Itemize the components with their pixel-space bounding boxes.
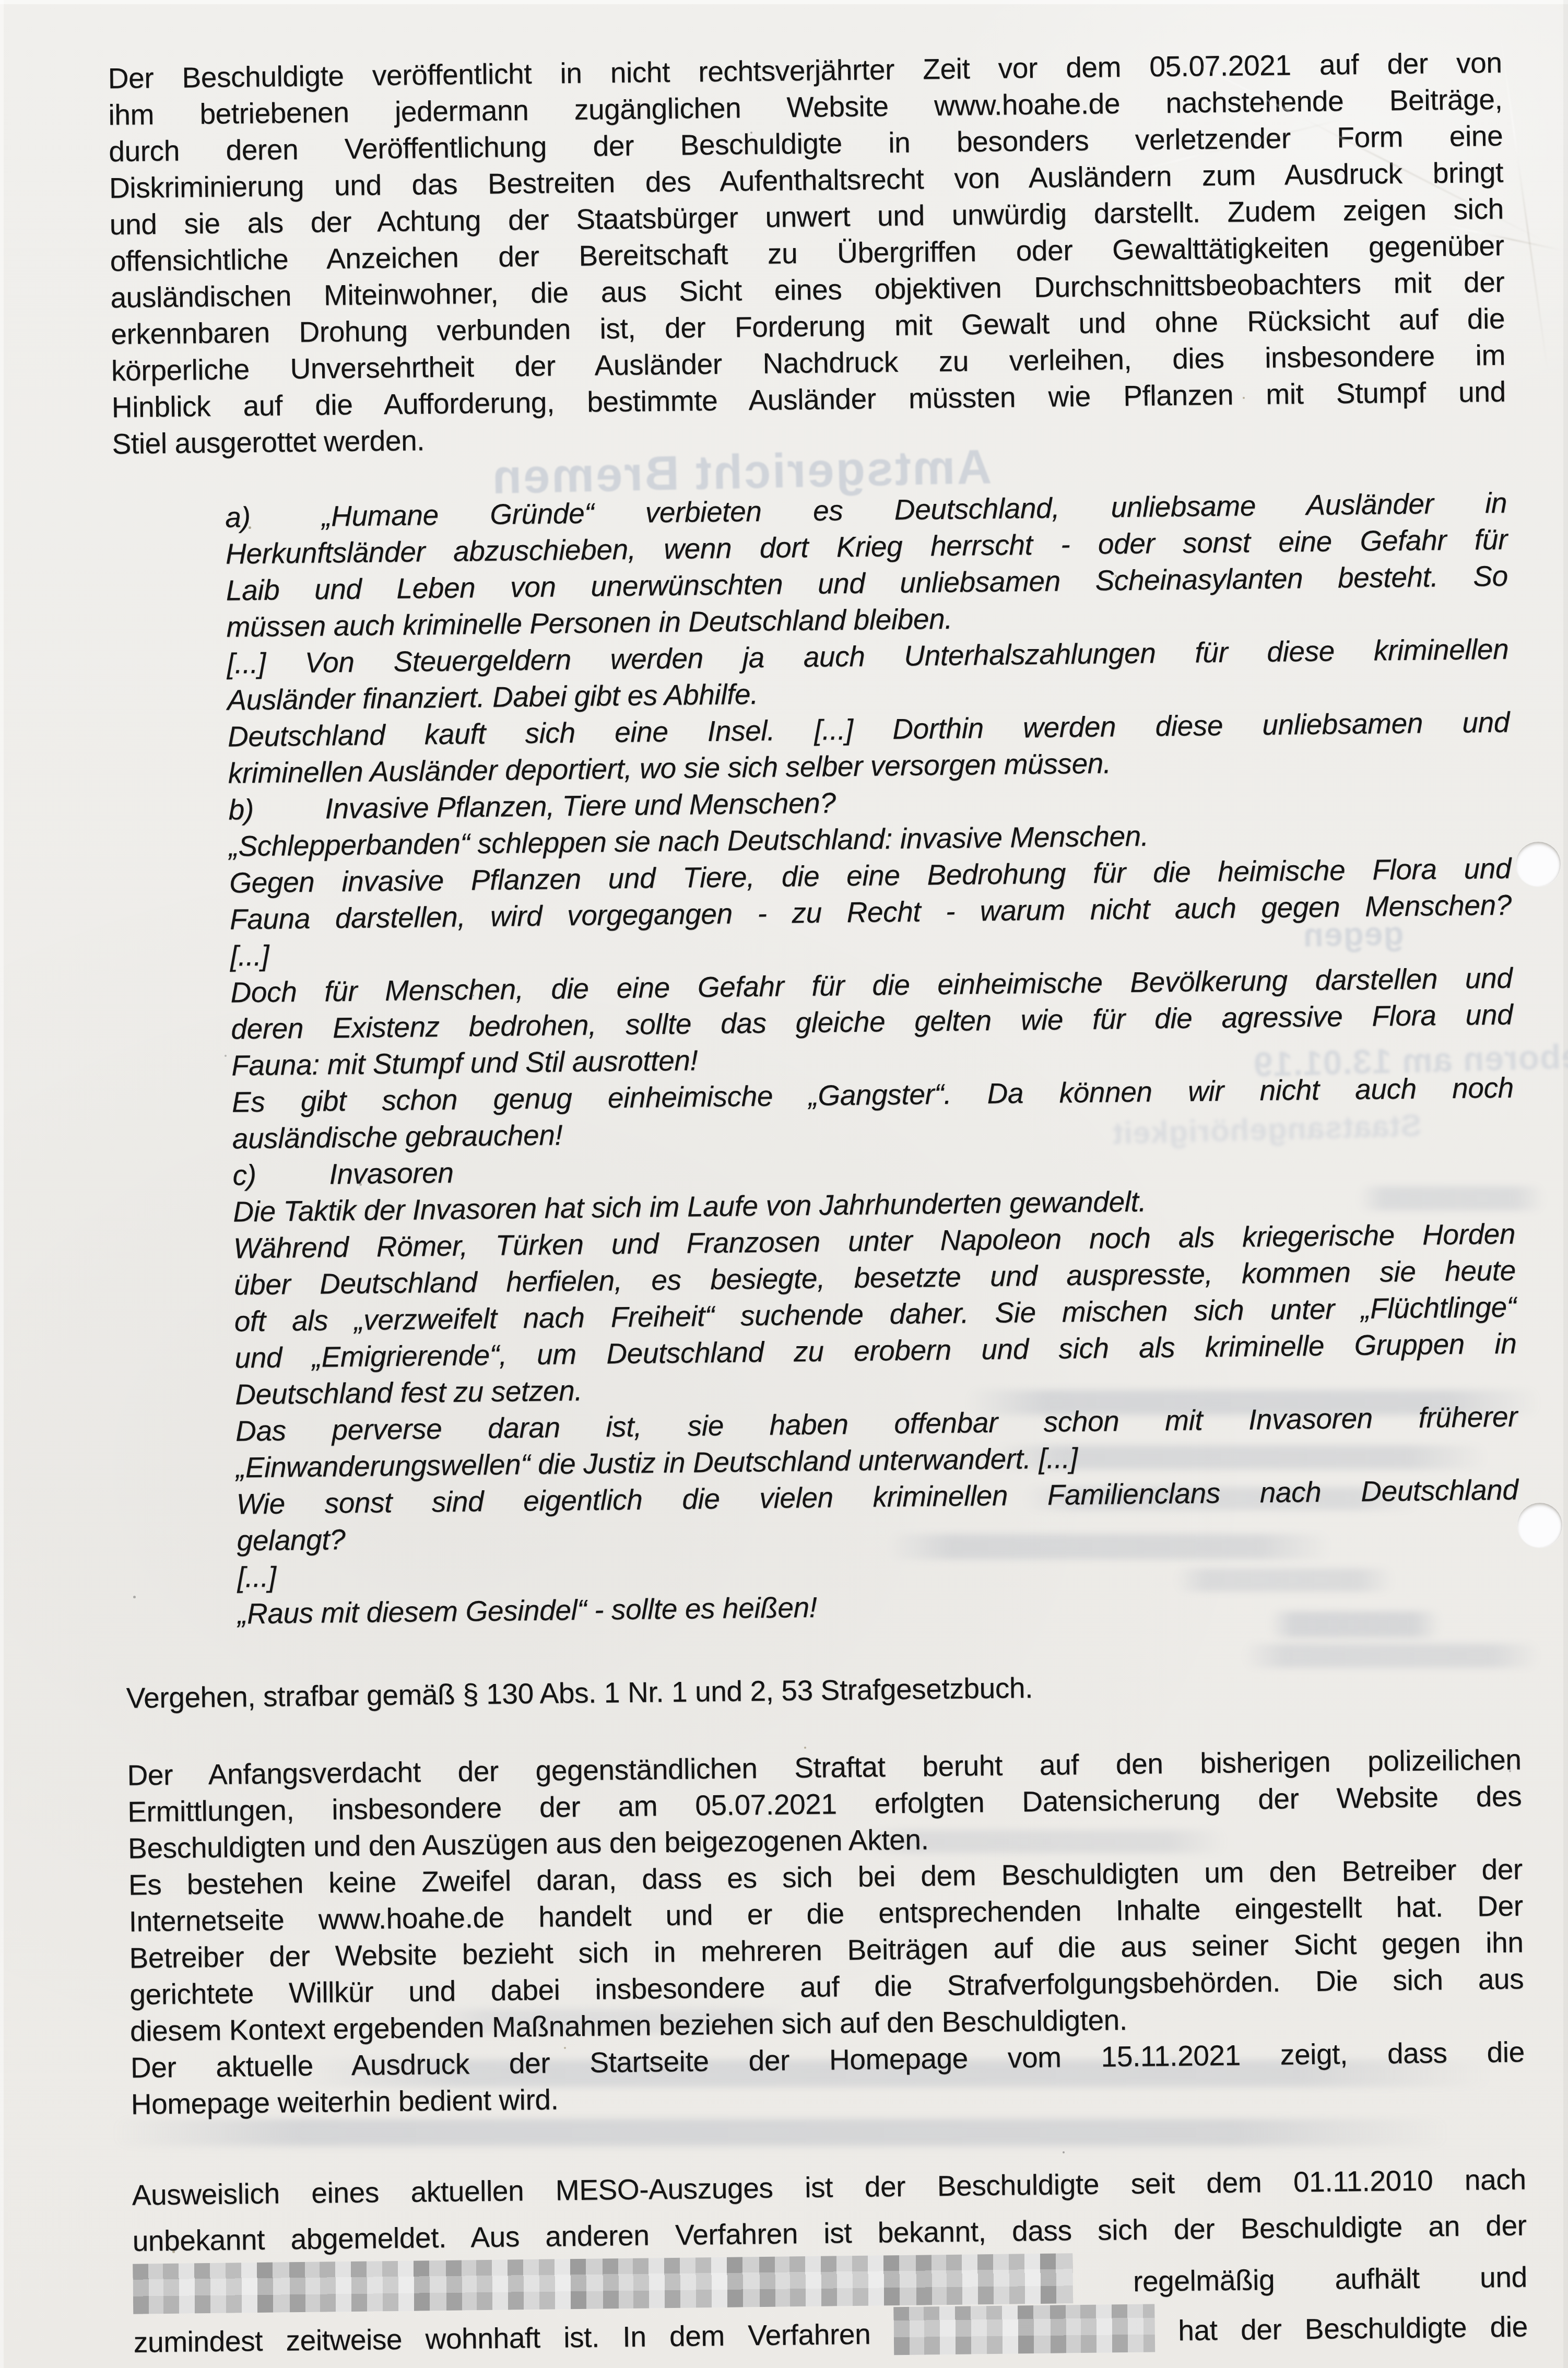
paper-speck: [750, 132, 752, 134]
text-run: Ausländer finanziert. Dabei gibt es Abhi…: [227, 678, 758, 716]
text-run: regelmäßig aufhält und: [1072, 2260, 1527, 2298]
list-marker: c): [232, 1157, 256, 1194]
text-run: unbekannt abgemeldet. Aus anderen Verfah…: [132, 2209, 1527, 2257]
text-run: Deutschland fest zu setzen.: [235, 1374, 583, 1411]
text-run: Ausweislich eines aktuellen MESO-Auszuge…: [132, 2163, 1526, 2211]
punch-hole: [1516, 842, 1561, 887]
text-run: Fauna: mit Stumpf und Stil ausrotten!: [231, 1044, 698, 1081]
text-run: [...]: [237, 1561, 276, 1594]
redaction-pixelated: [133, 2253, 1073, 2314]
paragraph: Vergehen, strafbar gemäß § 130 Abs. 1 Nr…: [126, 1664, 1520, 1716]
paper-speck: [133, 1596, 136, 1598]
paper-speck: [1063, 2151, 1065, 2153]
text-run: Vergehen, strafbar gemäß § 130 Abs. 1 Nr…: [126, 1671, 1033, 1714]
paper-speck: [804, 1747, 806, 1749]
text-run: gelangt?: [237, 1523, 346, 1557]
paper-speck: [890, 282, 892, 284]
paper-speck: [172, 2251, 175, 2253]
scanned-page: Amtsgericht Bremengegengeboren am 13.01.…: [0, 0, 1568, 2368]
text-run: ausländische gebrauchen!: [232, 1118, 562, 1154]
text-run: Homepage weiterhin bedient wird.: [131, 2083, 558, 2120]
paper-speck: [1298, 1906, 1300, 1908]
paper-speck: [564, 2047, 566, 2049]
paragraph: Der Beschuldigte veröffentlicht in nicht…: [108, 44, 1506, 462]
paper-speck: [473, 995, 474, 996]
page-content: Der Beschuldigte veröffentlicht in nicht…: [107, 0, 1528, 2368]
paper-speck: [359, 1183, 362, 1186]
text-run: Beschuldigten und den Auszügen aus den b…: [128, 1823, 929, 1864]
paper-speck: [225, 1055, 227, 1057]
paragraph: Der Anfangsverdacht der gegenständlichen…: [127, 1741, 1525, 2122]
punch-hole: [1517, 1503, 1562, 1548]
text-run: hat der Beschuldigte die: [1154, 2310, 1528, 2347]
paper-speck: [632, 1467, 633, 1469]
text-line: Vergehen, strafbar gemäß § 130 Abs. 1 Nr…: [126, 1664, 1520, 1716]
paper-speck: [292, 2339, 294, 2341]
list-marker: b): [228, 791, 254, 828]
text-run: Invasoren: [329, 1157, 454, 1191]
text-run: Invasive Pflanzen, Tiere und Menschen?: [325, 786, 836, 824]
text-run: müssen auch kriminelle Personen in Deuts…: [226, 603, 952, 643]
paper-speck: [1509, 1770, 1511, 1772]
paper-speck: [249, 526, 251, 529]
text-run: [...]: [230, 939, 269, 972]
redaction-pixelated: [893, 2304, 1155, 2355]
quote-block: a)„Humane Gründe“ verbieten es Deutschla…: [225, 485, 1519, 1632]
paragraph: Ausweislich eines aktuellen MESO-Auszuge…: [132, 2156, 1528, 2365]
scan-edge-right: [1563, 0, 1568, 2368]
paper-speck: [1389, 2323, 1391, 2325]
paper-speck: [1115, 575, 1117, 577]
text-run: zumindest zeitweise wohnhaft ist. In dem…: [134, 2317, 894, 2359]
paper-speck: [992, 1277, 994, 1279]
paper-speck: [700, 850, 702, 852]
paper-speck: [1243, 397, 1245, 399]
text-run: Stiel ausgerottet werden.: [112, 424, 425, 460]
text-run: „Raus mit diesem Gesindel“ - sollte es h…: [238, 1591, 817, 1630]
list-marker: a): [225, 499, 251, 536]
paper-crease: [1499, 29, 1549, 371]
scan-edge-left: [0, 0, 4, 2368]
